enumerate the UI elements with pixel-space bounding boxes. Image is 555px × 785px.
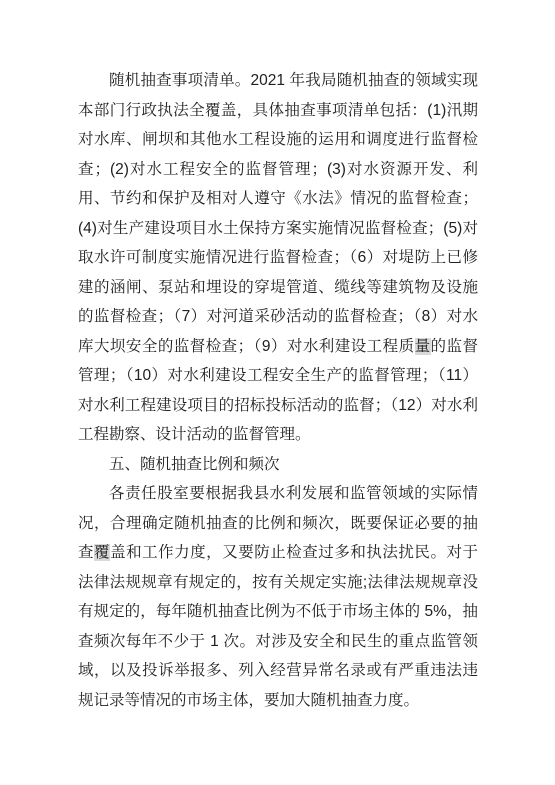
para-inspection-items-list: 随机抽查事项清单。2021 年我局随机抽查的领域实现本部门行政执法全覆盖，具体抽… — [78, 66, 478, 450]
text-segment: 盖和工作力度，又要防止检查过多和执法扰民。对于法律法规规章有规定的，按有关规定实… — [78, 544, 478, 709]
text-segment: 随机抽查事项清单。2021 年我局随机抽查的领域实现本部门行政执法全覆盖，具体抽… — [78, 72, 478, 355]
highlighted-char: 量 — [415, 338, 431, 355]
text-segment: 五、随机抽查比例和频次 — [109, 456, 280, 473]
heading-section-five: 五、随机抽查比例和频次 — [78, 450, 478, 480]
document-page: 随机抽查事项清单。2021 年我局随机抽查的领域实现本部门行政执法全覆盖，具体抽… — [0, 0, 555, 785]
highlighted-char: 覆 — [94, 544, 110, 561]
document-body: 随机抽查事项清单。2021 年我局随机抽查的领域实现本部门行政执法全覆盖，具体抽… — [0, 0, 555, 715]
para-ratio-and-frequency: 各责任股室要根据我县水利发展和监管领域的实际情况，合理确定随机抽查的比例和频次，… — [78, 479, 478, 715]
